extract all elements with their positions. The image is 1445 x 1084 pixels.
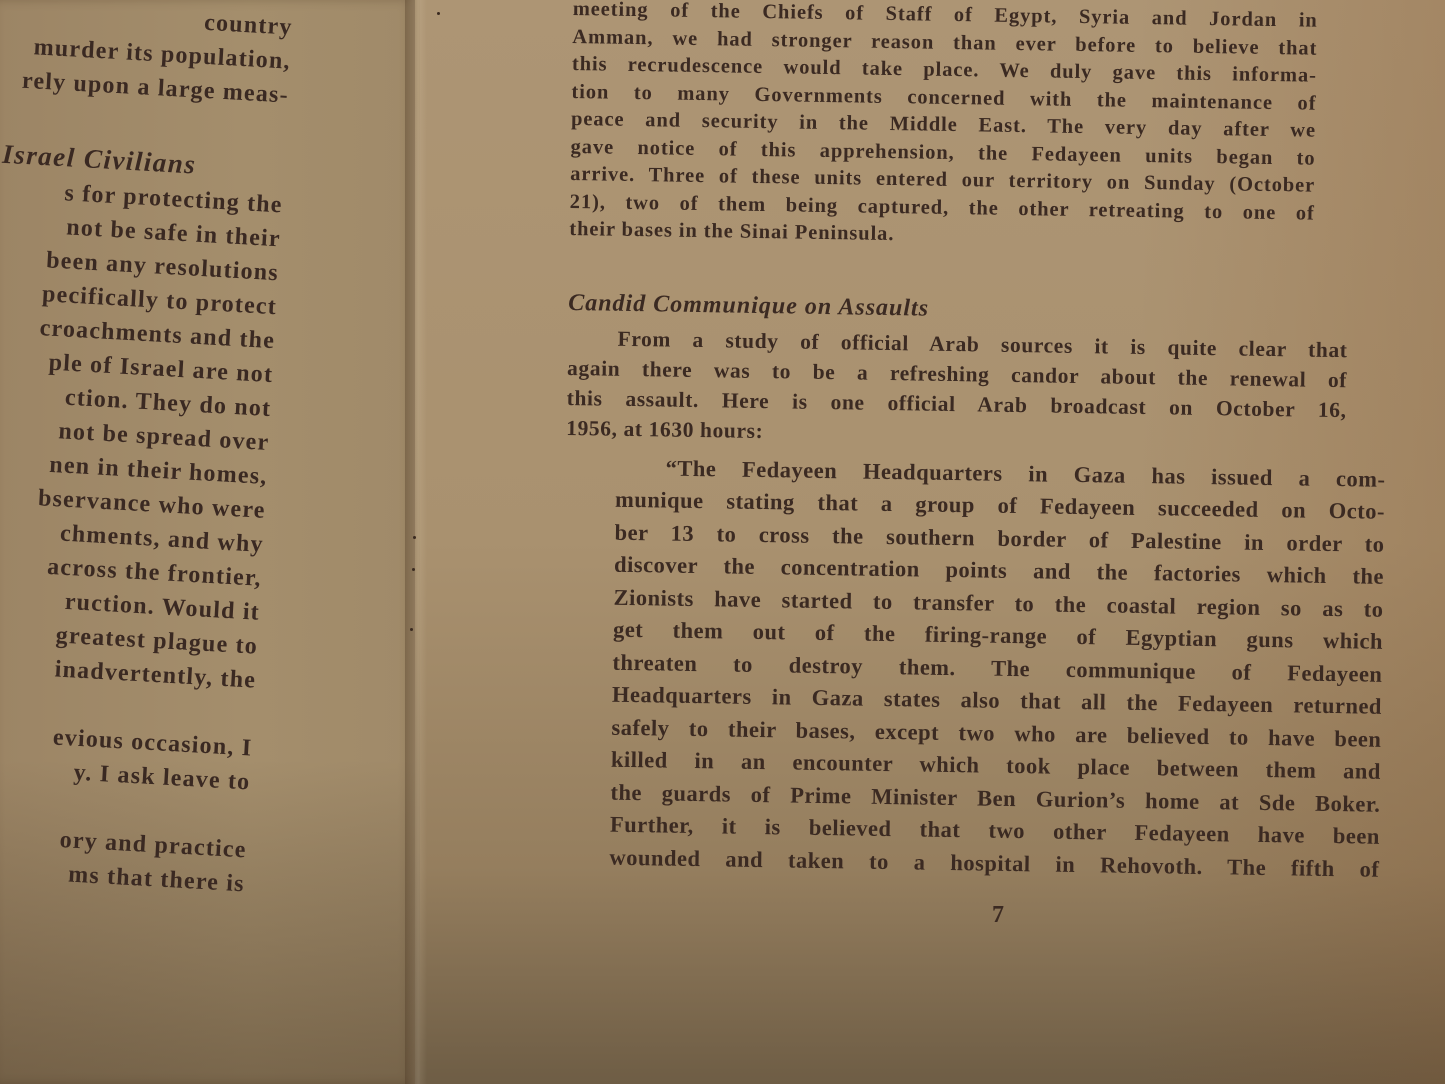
- paper-speck: [413, 536, 416, 539]
- right-paragraph-1: meeting of the Chiefs of Staff of Egypt,…: [569, 0, 1318, 255]
- paper-speck: [412, 568, 415, 571]
- section-heading: Candid Communique on Assaults: [568, 289, 1328, 328]
- block-quote: “The Fedayeen Headquarters in Gaza has i…: [609, 451, 1386, 886]
- left-page-text: country murder its population, rely upon…: [0, 0, 294, 901]
- page-number: 7: [992, 902, 1004, 929]
- paper-speck: [437, 12, 440, 15]
- book-gutter: [405, 0, 427, 1084]
- right-paragraph-2: From a study of official Arab sources it…: [566, 322, 1348, 454]
- paper-speck: [410, 628, 413, 631]
- right-page-text: meeting of the Chiefs of Staff of Egypt,…: [559, 0, 1333, 885]
- book-spread: country murder its population, rely upon…: [0, 0, 1445, 1084]
- left-paragraph-1: s for protecting the not be safe in thei…: [0, 172, 284, 698]
- left-intro-lines: country murder its population, rely upon…: [0, 0, 294, 113]
